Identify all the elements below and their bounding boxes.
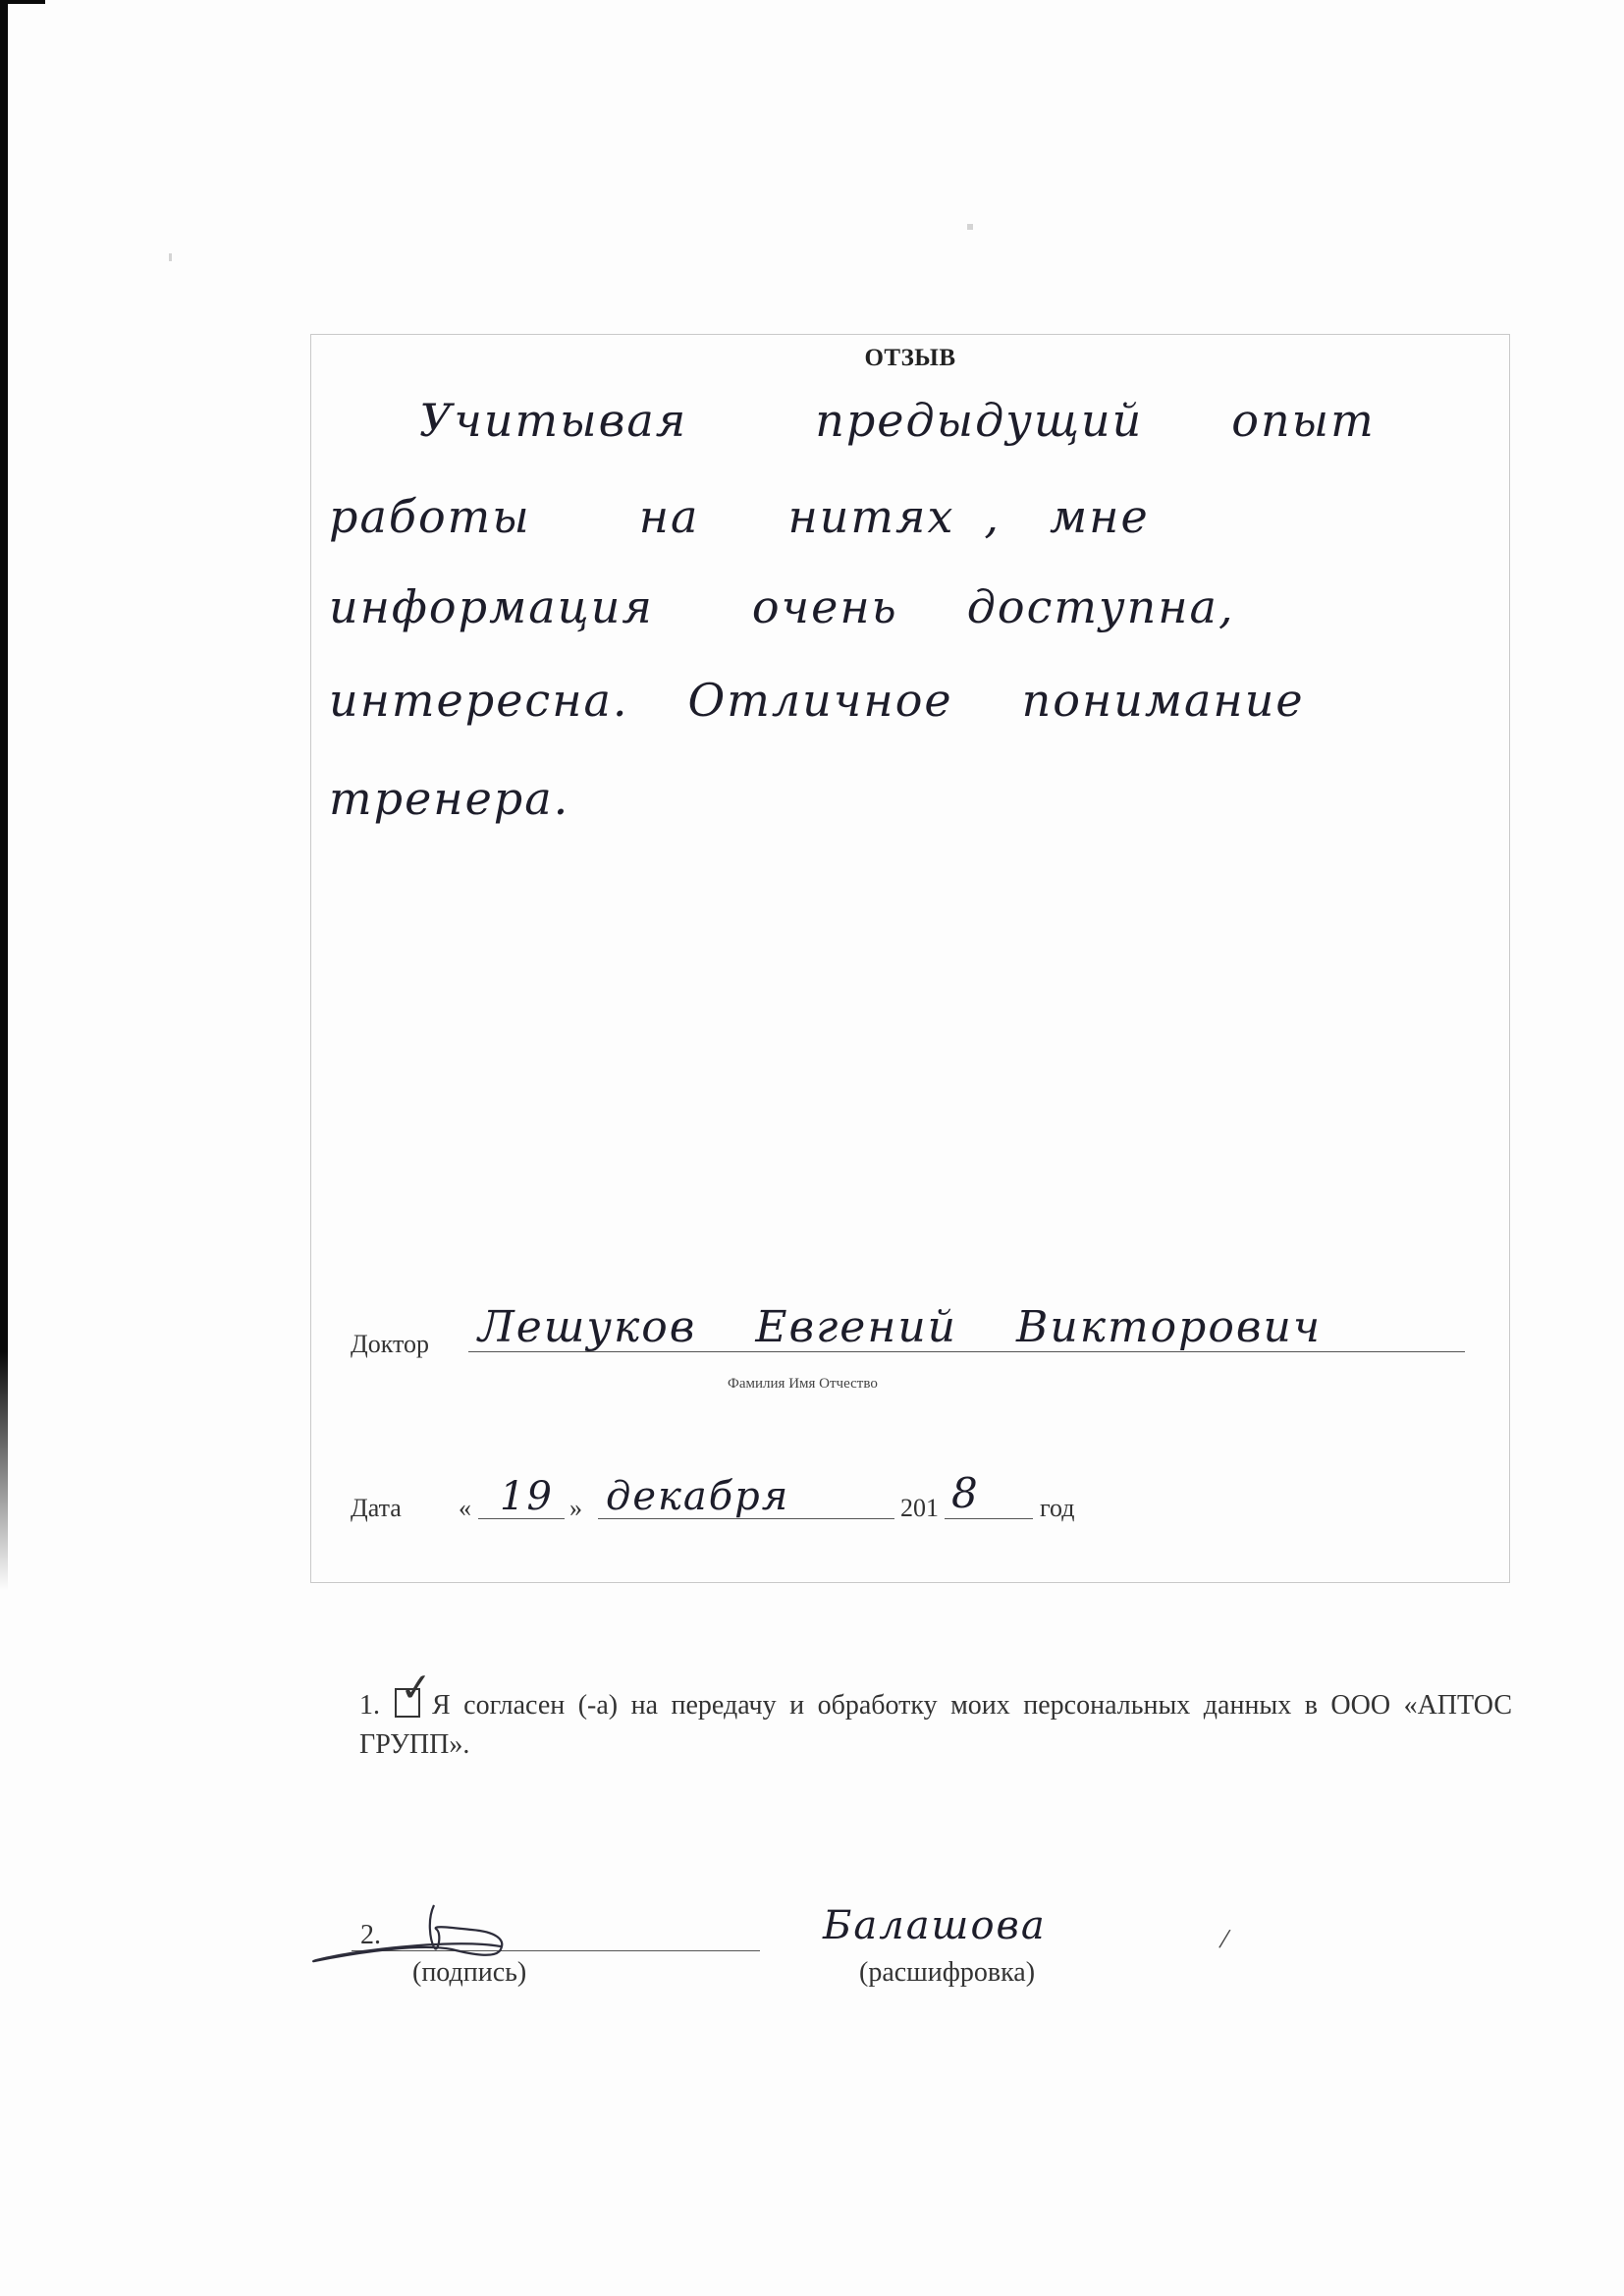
review-word: опыт (1231, 394, 1375, 447)
review-title: ОТЗЫВ (311, 345, 1509, 372)
signature-decoded-caption: (расшифровка) (859, 1957, 1035, 1989)
review-word: Отличное (688, 674, 953, 727)
review-box: ОТЗЫВ Учитываяпредыдущийопыт работынанит… (310, 334, 1510, 1583)
review-text-line-2: работынанитях,мне (329, 490, 1150, 543)
review-word: очень (752, 580, 898, 633)
review-text-line-3: информацияоченьдоступна, (329, 580, 1235, 633)
review-word: понимание (1022, 674, 1305, 727)
doctor-name-field[interactable]: ЛешуковЕвгенийВикторович (478, 1302, 1380, 1352)
doctor-patronymic: Викторович (1016, 1302, 1322, 1352)
review-word: информация (329, 580, 654, 633)
consent-number: 1. (359, 1686, 395, 1725)
consent-text: Я согласен (-а) на передачу и обработку … (359, 1690, 1512, 1760)
scan-border-left (0, 0, 8, 1591)
review-text-line-4: интересна.Отличноепонимание (329, 674, 1305, 727)
date-year-line (945, 1518, 1033, 1519)
review-word: предыдущий (815, 394, 1143, 447)
review-word: доступна, (967, 580, 1235, 633)
review-word: на (639, 490, 700, 543)
scan-border-top (0, 0, 45, 4)
doctor-surname: Лешуков (478, 1302, 696, 1352)
review-word: мне (1050, 490, 1150, 543)
review-text-line-5: тренера. (329, 772, 569, 825)
date-year-suffix: год (1040, 1494, 1075, 1523)
consent-item: 1.✓Я согласен (-а) на передачу и обработ… (359, 1686, 1512, 1765)
doctor-first-name: Евгений (755, 1302, 957, 1352)
doctor-label: Доктор (351, 1330, 429, 1359)
review-word: интересна. (329, 674, 629, 727)
check-mark-icon: ✓ (399, 1667, 434, 1709)
scan-speck (967, 224, 973, 230)
review-word: , (984, 490, 1001, 543)
scan-speck (169, 253, 172, 261)
date-month-field[interactable]: декабря (606, 1474, 789, 1519)
date-year-field[interactable]: 8 (951, 1469, 980, 1517)
signature-caption: (подпись) (412, 1957, 526, 1989)
trailing-slash-mark: / (1218, 1923, 1232, 1957)
signature-decoded-field[interactable]: Балашова (823, 1903, 1047, 1948)
consent-checkbox[interactable]: ✓ (395, 1688, 420, 1718)
review-word: нитях (787, 490, 954, 543)
doctor-name-caption: Фамилия Имя Отчество (728, 1376, 878, 1393)
review-word: тренера. (329, 772, 569, 825)
date-label: Дата (351, 1494, 402, 1523)
date-day-field[interactable]: 19 (500, 1474, 554, 1519)
review-word: Учитывая (419, 394, 687, 447)
date-open-quote: « (459, 1494, 471, 1523)
date-close-quote: » (569, 1494, 582, 1523)
review-word: работы (329, 490, 531, 543)
review-text-line-1: Учитываяпредыдущийопыт (419, 394, 1376, 447)
date-year-prefix: 201 (900, 1494, 939, 1523)
